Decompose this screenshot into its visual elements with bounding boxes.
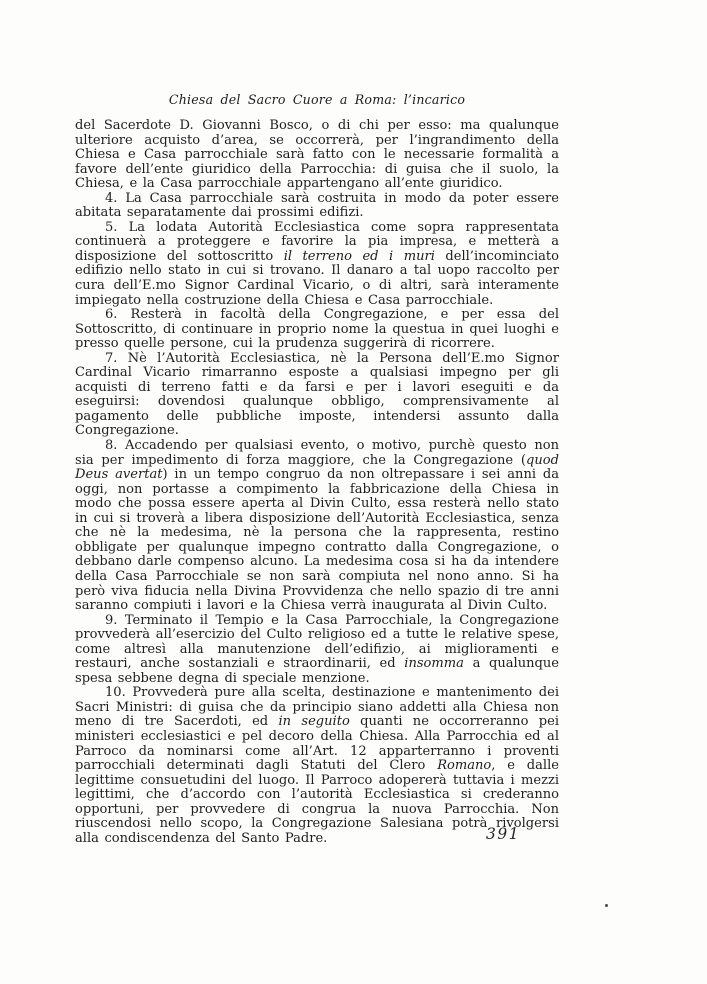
text-run: 6. Resterà in facoltà della Congregazion…: [75, 307, 559, 351]
paragraph: 5. La lodata Autorità Ecclesiastica come…: [75, 221, 559, 308]
paragraph: 4. La Casa parrocchiale sarà costruita i…: [75, 192, 559, 221]
paragraph: 10. Provvederà pure alla scelta, destina…: [75, 686, 559, 846]
text-run: ) in un tempo congruo da non oltrepassar…: [75, 467, 559, 613]
paragraph: 6. Resterà in facoltà della Congregazion…: [75, 308, 559, 352]
italic-text-run: il terreno ed i muri: [284, 249, 435, 264]
text-run: 8. Accadendo per qualsiasi evento, o mot…: [75, 438, 559, 468]
italic-text-run: insomma: [404, 656, 464, 671]
text-run: del Sacerdote D. Giovanni Bosco, o di ch…: [75, 118, 559, 191]
text-run: 7. Nè l’Autorità Ecclesiastica, nè la Pe…: [75, 351, 559, 439]
italic-text-run: Romano: [437, 758, 491, 773]
text-run: 4. La Casa parrocchiale sarà costruita i…: [75, 191, 559, 221]
italic-text-run: in seguito: [278, 714, 349, 729]
page-number: 391: [486, 825, 520, 843]
text-block: del Sacerdote D. Giovanni Bosco, o di ch…: [75, 119, 559, 846]
paragraph: del Sacerdote D. Giovanni Bosco, o di ch…: [75, 119, 559, 192]
scan-artifact-dot: [605, 904, 608, 907]
paragraph: 7. Nè l’Autorità Ecclesiastica, nè la Pe…: [75, 352, 559, 439]
paragraph: 8. Accadendo per qualsiasi evento, o mot…: [75, 439, 559, 614]
running-header: Chiesa del Sacro Cuore a Roma: l’incaric…: [75, 92, 559, 107]
paragraph: 9. Terminato il Tempio e la Casa Parrocc…: [75, 614, 559, 687]
book-page: Chiesa del Sacro Cuore a Roma: l’incaric…: [0, 0, 707, 984]
